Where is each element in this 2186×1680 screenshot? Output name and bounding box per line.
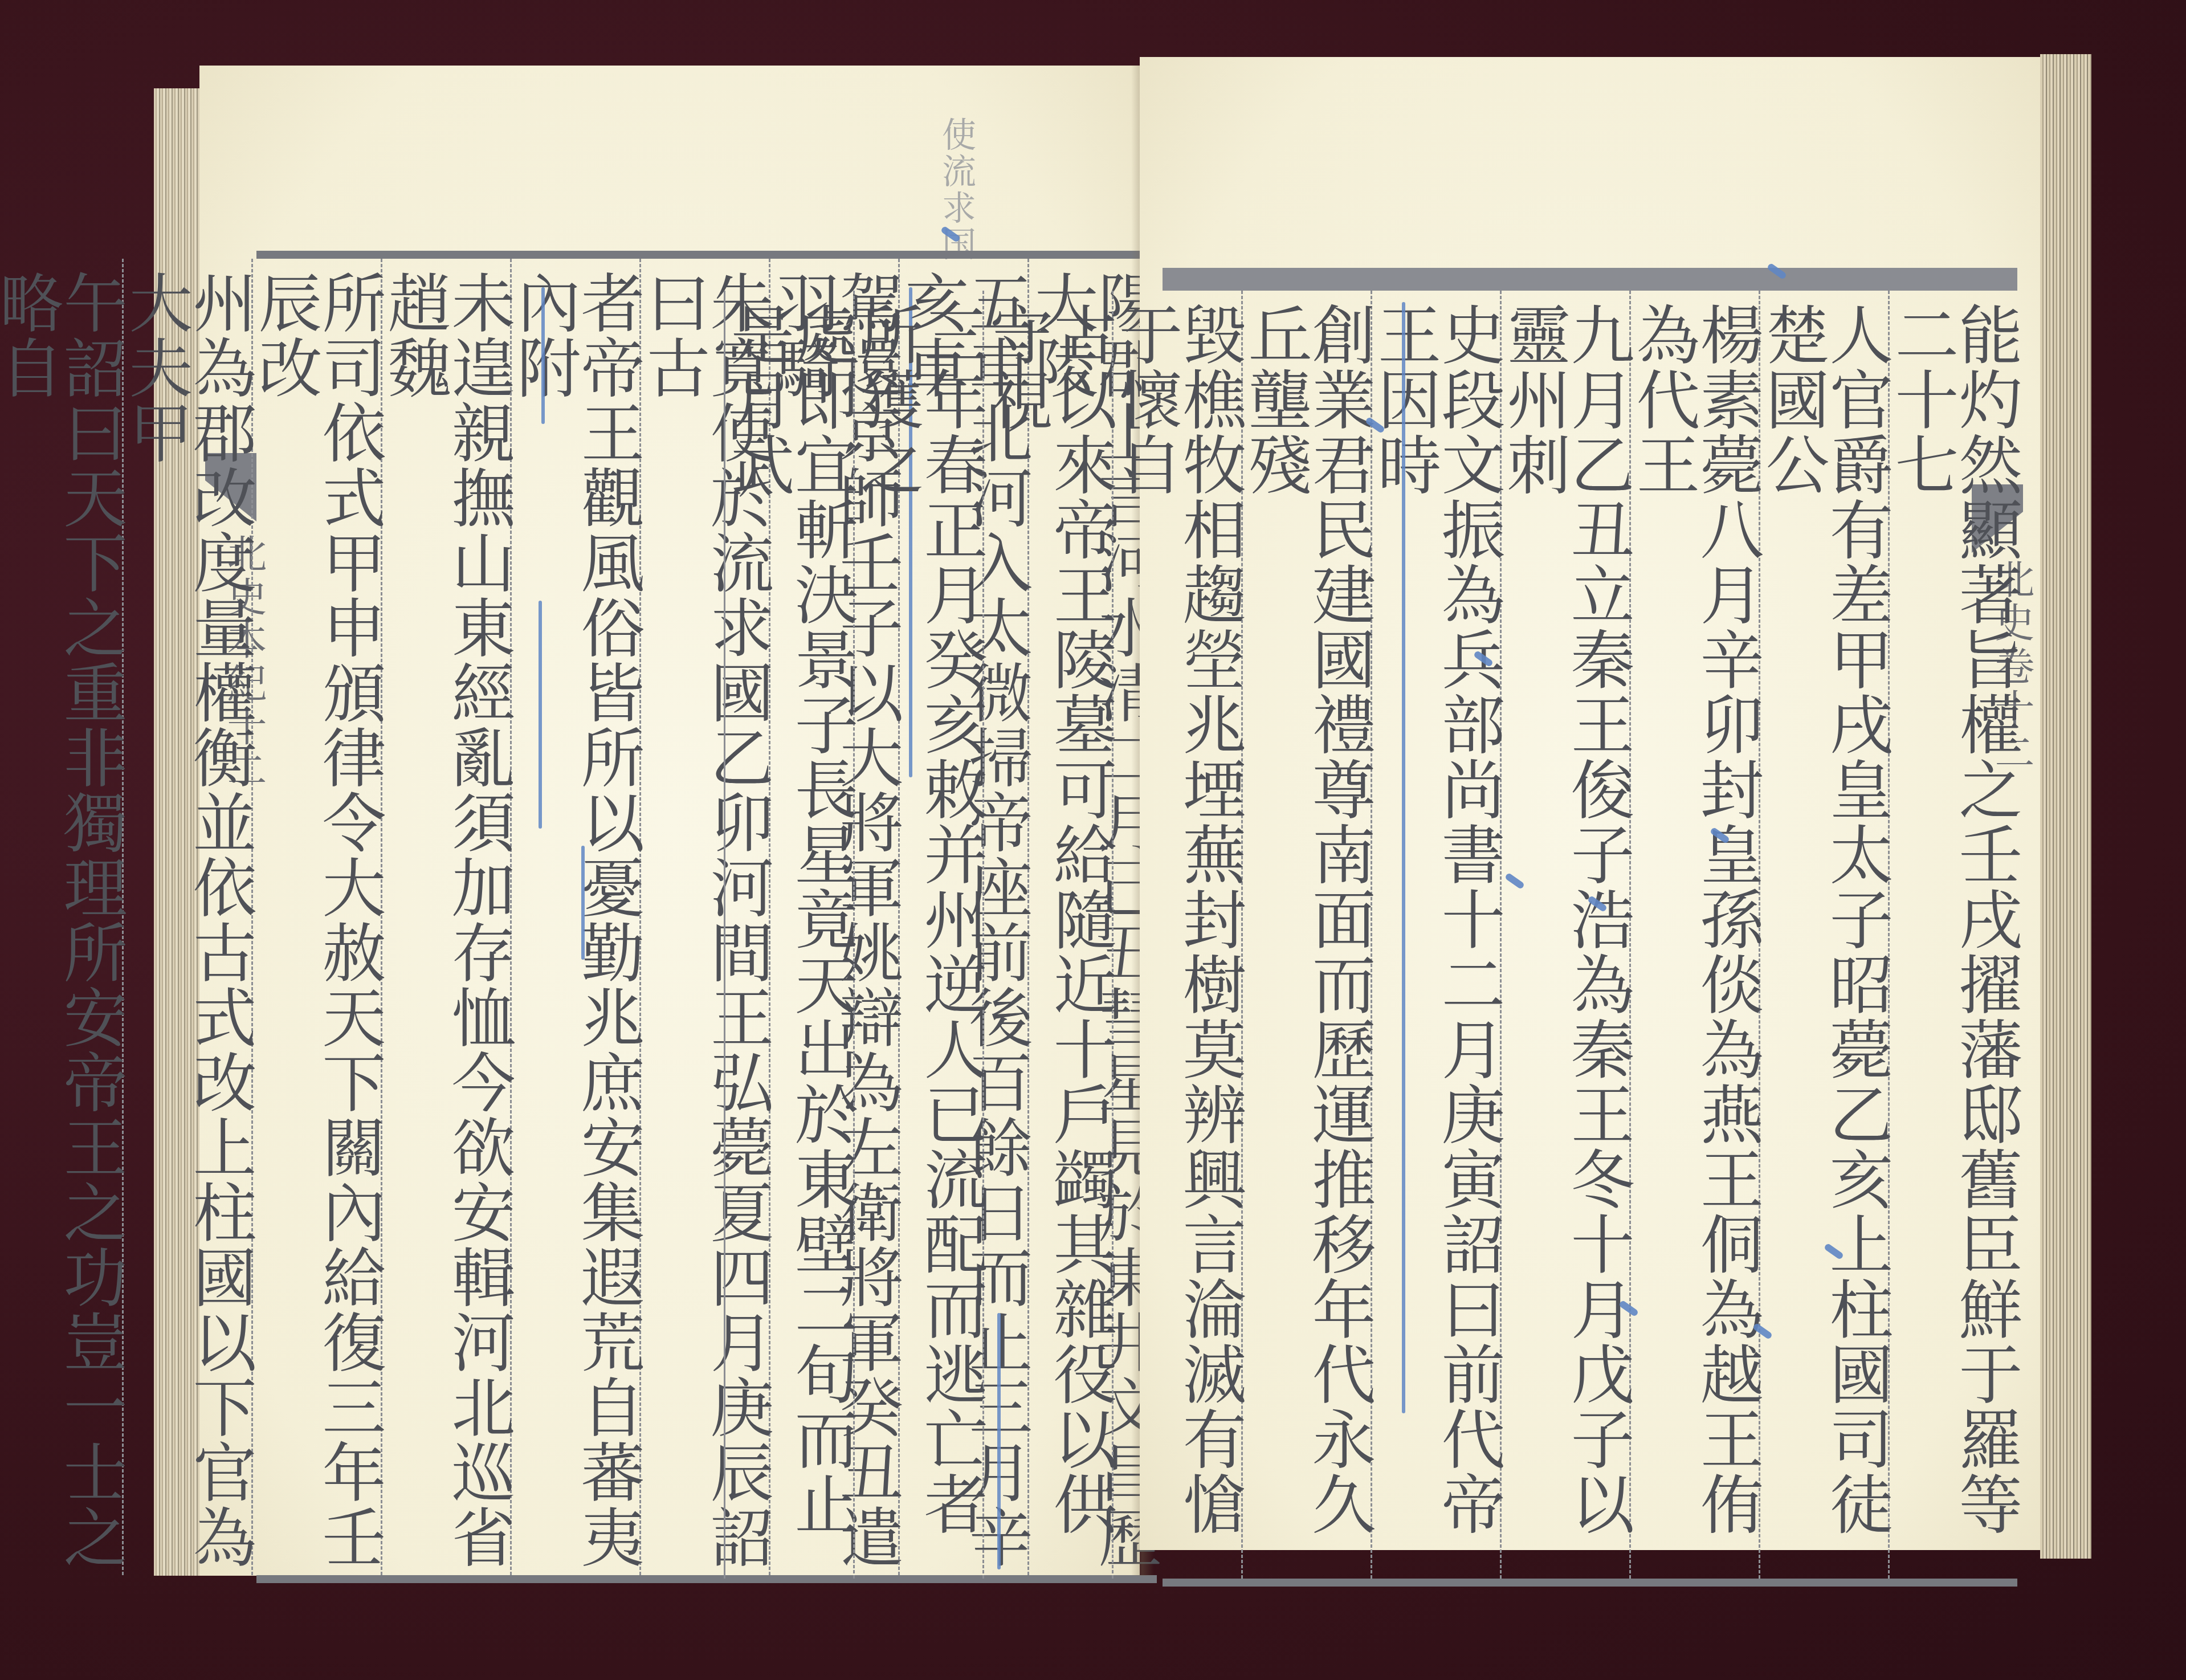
text-column: 創業君民建國禮尊南面而歷運推移年代永久丘壟殘 [1241, 291, 1371, 1579]
right-fore-edge [2040, 54, 2091, 1559]
text-column: 古以來帝王陵墓可給隨近十戶蠲其雜役以供守視 [982, 291, 1112, 1579]
blue-pencil-underline [581, 846, 585, 960]
text-column: 未遑親撫山東經亂須加存恤今欲安輯河北巡省趙魏 [381, 259, 510, 1575]
text-column: 楊素薨八月辛卯封皇孫倓為燕王侗為越王侑為代王 [1629, 291, 1759, 1579]
right-text-frame: 能灼然顯著旨權之壬戌擢藩邸舊臣鮮于羅等二十七 人官爵有差甲戌皇太子昭薨乙亥上柱國… [1163, 268, 2017, 1587]
text-column: 史段文振為兵部尚書十二月庚寅詔曰前代帝王因時 [1371, 291, 1500, 1579]
blue-pencil-underline [539, 601, 542, 829]
text-column: 九月乙丑立秦王俊子浩為秦王冬十月戊子以靈州刺 [1500, 291, 1629, 1579]
right-text-columns: 能灼然顯著旨權之壬戌擢藩邸舊臣鮮于羅等二十七 人官爵有差甲戌皇太子昭薨乙亥上柱國… [1163, 291, 2017, 1579]
text-column: 能灼然顯著旨權之壬戌擢藩邸舊臣鮮于羅等二十七 [1888, 291, 2017, 1579]
blue-pencil-mark [1767, 263, 1787, 280]
text-column: 所司依式甲申頒律令大赦天下關內給復三年壬辰改 [251, 259, 381, 1575]
text-column: 者帝王觀風俗皆所以憂勤兆庶安集遐荒自蕃夷內附 [510, 259, 639, 1575]
text-column: 州為郡改度量權衡並依古式改上柱國以下官為大夫甲 [122, 259, 251, 1575]
open-book: 使流求国 北史本紀十二 陽郡上言河水清二月己丑彗星見於東井文昌歷大陵 五車北河入… [154, 54, 2091, 1601]
text-column: 毀樵牧相趨塋兆堙蕪封樹莫辨興言淪滅有愴于懷自 [1112, 291, 1241, 1579]
blue-pencil-underline [1402, 302, 1405, 1413]
text-column: 午詔曰天下之重非獨理所安帝王之功豈一士之略自 [0, 259, 122, 1575]
text-column: 三年春正月癸亥敕并州逆人已流配而逃亡者所獲之 [853, 291, 982, 1579]
text-column: 人官爵有差甲戌皇太子昭薨乙亥上柱國司徒楚國公 [1759, 291, 1888, 1579]
text-column: 處即宜斬決景子長星竟天出於東壁二旬而止是月武 [724, 291, 853, 1579]
blue-pencil-underline [541, 287, 545, 424]
right-page: 北史卷十二 能灼然顯著旨權之壬戌擢藩邸舊臣鮮于羅等二十七 人官爵有差甲戌皇太子昭… [1140, 57, 2040, 1550]
